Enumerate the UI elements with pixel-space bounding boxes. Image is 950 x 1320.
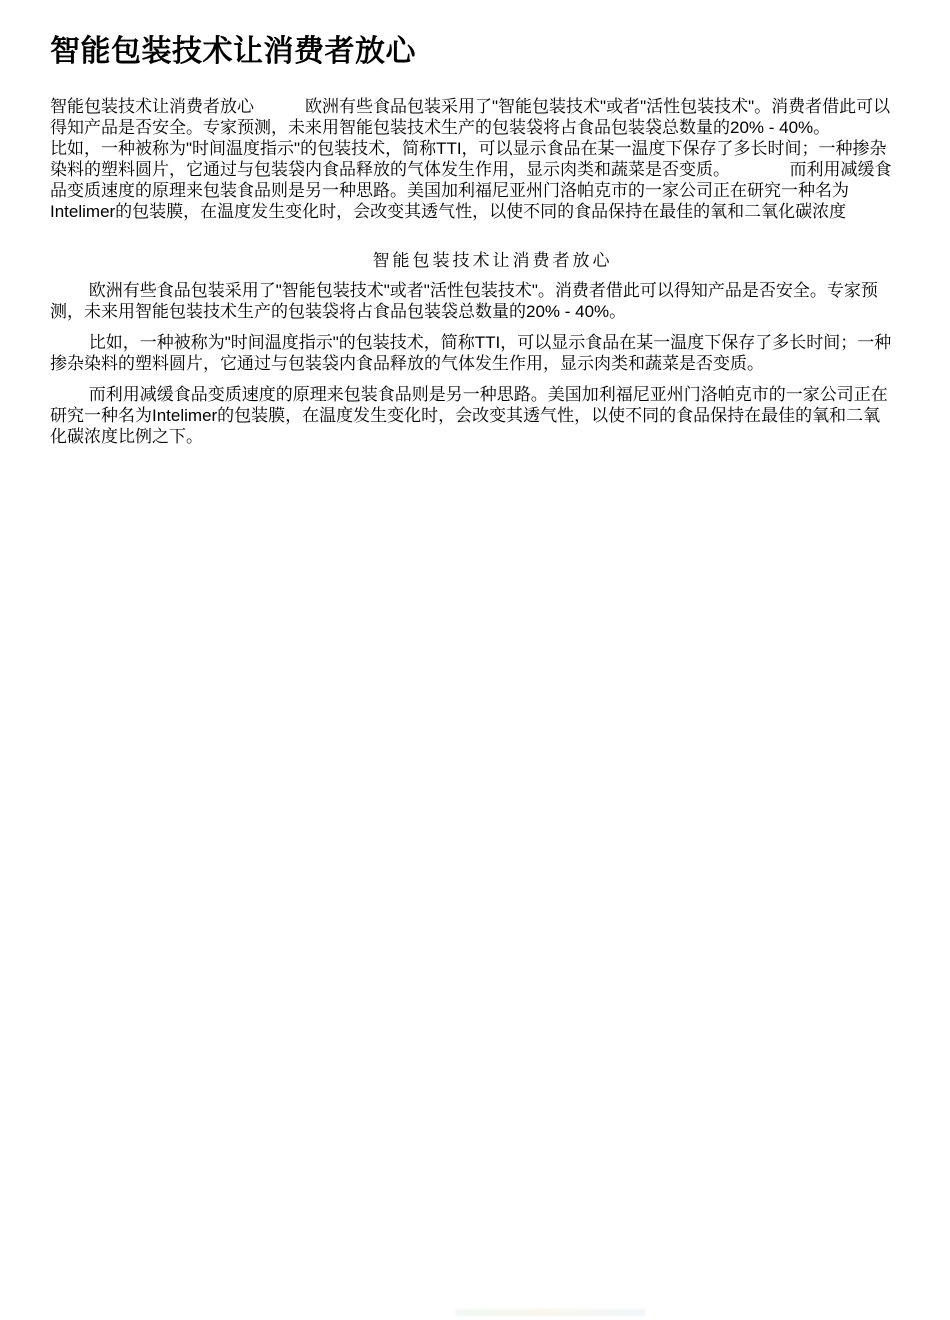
section-paragraph-2: 比如，一种被称为"时间温度指示"的包装技术，简称TTI，可以显示食品在某一温度下… — [50, 332, 895, 374]
section-paragraph-1: 欧洲有些食品包装采用了"智能包装技术"或者"活性包装技术"。消费者借此可以得知产… — [50, 280, 895, 322]
section-heading: 智能包装技术让消费者放心 — [90, 250, 895, 271]
article-section: 智能包装技术让消费者放心 欧洲有些食品包装采用了"智能包装技术"或者"活性包装技… — [50, 250, 895, 447]
page-title: 智能包装技术让消费者放心 — [50, 34, 895, 70]
document-page: 智能包装技术让消费者放心 智能包装技术让消费者放心 欧洲有些食品包装采用了"智能… — [0, 0, 895, 447]
section-paragraph-3: 而利用减缓食品变质速度的原理来包装食品则是另一种思路。美国加利福尼亚州门洛帕克市… — [50, 384, 895, 447]
lead-paragraph: 智能包装技术让消费者放心 欧洲有些食品包装采用了"智能包装技术"或者"活性包装技… — [50, 96, 895, 222]
faint-watermark — [455, 1309, 645, 1316]
